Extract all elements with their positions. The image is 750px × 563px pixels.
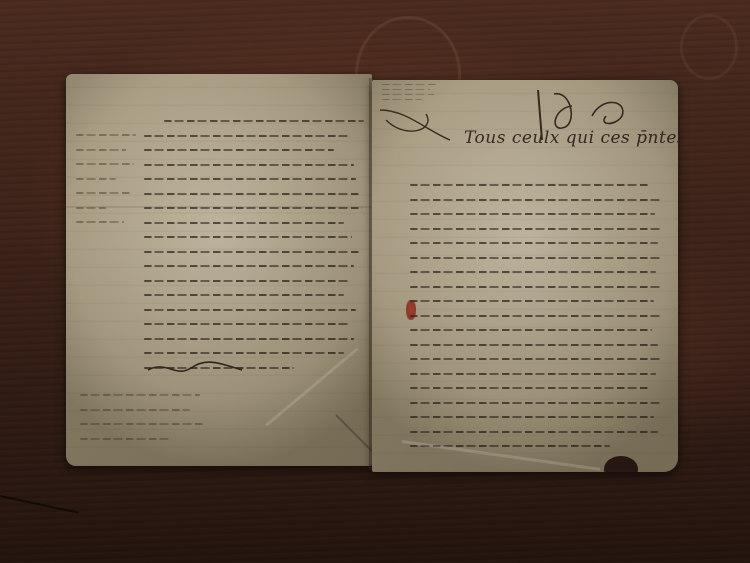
swash-flourish <box>376 100 456 160</box>
handwritten-text-block <box>144 120 364 381</box>
manuscript-right-leaf: Tous ceulx qui ces p̄ntes <box>372 80 678 472</box>
signature-flourish <box>146 356 246 380</box>
fold-crease <box>335 414 372 458</box>
faded-notes <box>80 394 210 452</box>
manuscript-left-leaf <box>66 74 372 466</box>
document-heading: Tous ceulx qui ces p̄ntes <box>464 128 678 148</box>
margin-notes <box>76 134 141 236</box>
fold-crease <box>66 206 372 208</box>
stain-ring <box>680 14 738 80</box>
handwritten-text-block <box>410 184 665 460</box>
